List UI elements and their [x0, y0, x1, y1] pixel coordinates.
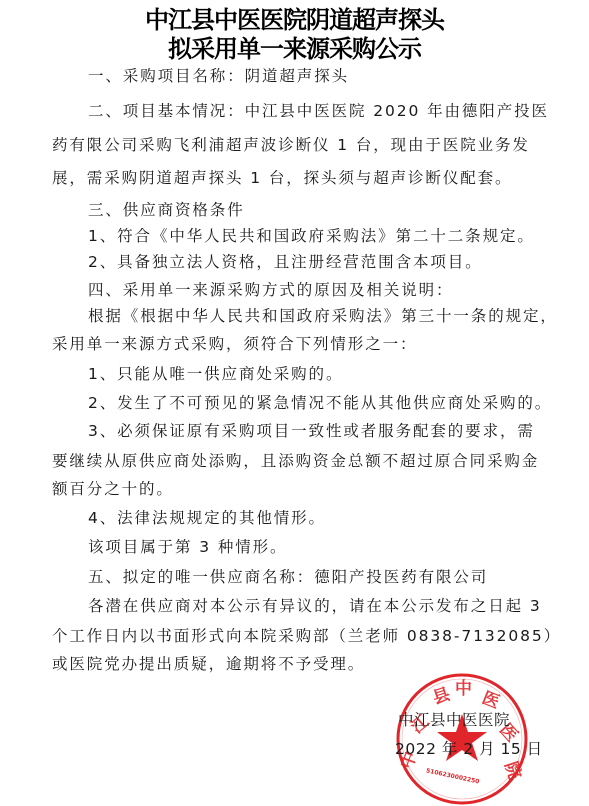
paragraph-line: 个工作日内以书面形式向本院采购部（兰老师 0838-7132085）: [52, 626, 561, 646]
paragraph-line: 或医院党办提出质疑，逾期将不予受理。: [52, 654, 365, 674]
qualification-item-1: 1、符合《中华人民共和国政府采购法》第二十二条规定。: [88, 226, 535, 246]
qualification-item-2: 2、具备独立法人资格，且注册经营范围含本项目。: [88, 252, 483, 272]
paragraph-line: 根据《根据中华人民共和国政府采购法》第三十一条的规定，: [88, 306, 558, 326]
svg-text:中: 中: [455, 678, 472, 699]
applicable-circumstance: 该项目属于第 3 种情形。: [88, 537, 287, 557]
signature-date: 2022 年 2 月 15 日: [395, 739, 543, 759]
section-4-reasons: 四、采用单一来源采购方式的原因及相关说明：: [88, 280, 453, 300]
circumstance-item-4: 4、法律法规规定的其他情形。: [88, 508, 326, 528]
paragraph-line: 采用单一来源方式采购，须符合下列情形之一：: [52, 334, 417, 354]
paragraph-line: 额百分之十的。: [52, 479, 174, 499]
circumstance-item-3: 3、必须保证原有采购项目一致性或者服务配套的要求，需: [88, 421, 535, 441]
section-5-proposed-supplier: 五、拟定的唯一供应商名称：德阳产投医药有限公司: [88, 567, 488, 587]
paragraph-line: 展，需采购阴道超声探头 1 台，探头须与超声诊断仪配套。: [52, 168, 512, 188]
section-3-supplier-qualifications: 三、供应商资格条件: [88, 200, 245, 220]
paragraph-line: 要继续从原供应商处添购，且添购资金总额不超过原合同采购金: [52, 451, 539, 471]
circumstance-item-1: 1、只能从唯一供应商处采购的。: [88, 364, 343, 384]
objection-notice: 各潜在供应商对本公示有异议的，请在本公示发布之日起 3: [88, 596, 542, 616]
svg-text:县: 县: [430, 684, 452, 708]
circumstance-item-2: 2、发生了不可预见的紧急情况不能从其他供应商处采购的。: [88, 393, 552, 413]
document-title-line-2: 拟采用单一来源采购公示: [0, 35, 589, 63]
section-1-project-name: 一、采购项目名称：阴道超声探头: [88, 66, 349, 86]
svg-text:5106230002250: 5106230002250: [425, 767, 480, 785]
section-2-basic-info: 二、项目基本情况：中江县中医医院 2020 年由德阳产投医: [88, 101, 549, 121]
signature-organization: 中江县中医医院: [398, 710, 510, 730]
paragraph-line: 药有限公司采购飞利浦超声波诊断仪 1 台，现由于医院业务发: [52, 135, 530, 155]
document-title-line-1: 中江县中医医院阴道超声探头: [0, 6, 589, 34]
